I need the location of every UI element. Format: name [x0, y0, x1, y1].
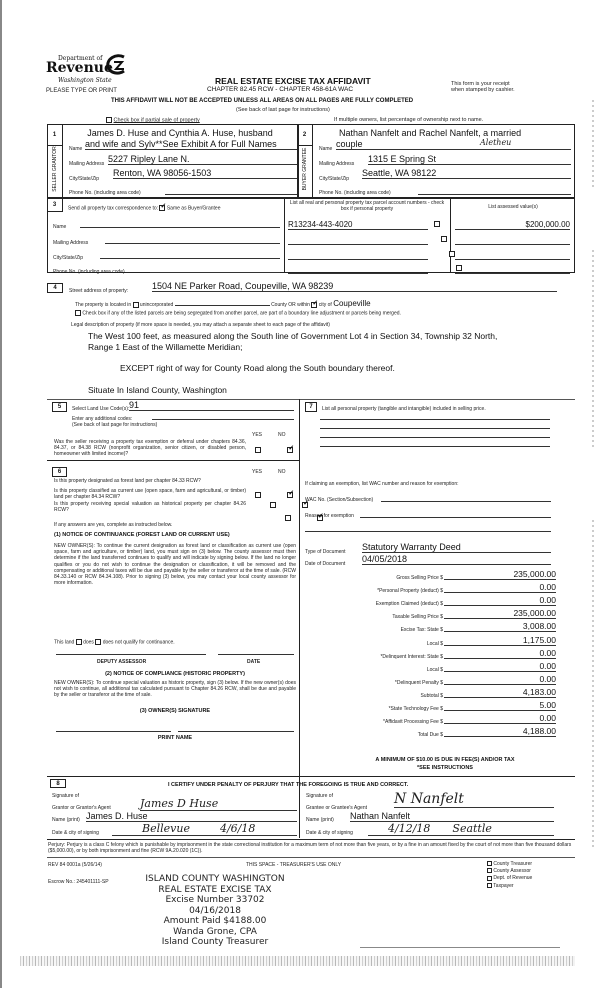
exemption-question: Was the seller receiving a property tax …	[54, 439, 246, 458]
section6-no-checkbox[interactable]	[287, 492, 293, 498]
section6-question: Is this property designated as forest la…	[54, 478, 246, 484]
calc-label: *State Technology Fee $	[300, 706, 443, 712]
divider	[47, 776, 575, 777]
perjury-notice: Perjury: Perjury is a class C felony whi…	[48, 842, 578, 854]
treasurer-use-label: THIS SPACE - TREASURER'S USE ONLY	[246, 862, 341, 868]
personal-property-checkbox[interactable]	[434, 221, 440, 227]
section6-question: Is this property receiving special valua…	[54, 501, 246, 513]
partial-sale-check[interactable]	[106, 117, 112, 123]
calc-value-field[interactable]: 235,000.00	[444, 569, 556, 580]
section6-yes-checkbox[interactable]	[255, 492, 261, 498]
buyer-mailing-field[interactable]: 1315 E Spring St	[368, 154, 571, 165]
treasurer-stamp: ISLAND COUNTY WASHINGTONREAL ESTATE EXCI…	[145, 874, 285, 948]
personal-property-checkbox[interactable]	[449, 251, 455, 257]
assessed-value-field[interactable]	[455, 235, 570, 245]
property-street-field[interactable]: 1504 NE Parker Road, Coupeville, WA 9823…	[152, 281, 557, 292]
form-title: REAL ESTATE EXCISE TAX AFFIDAVIT	[215, 76, 371, 86]
seller-phone-field[interactable]	[165, 189, 297, 195]
calc-label: Subtotal $	[300, 693, 443, 699]
see-instructions-note: *SEE INSTRUCTIONS	[330, 765, 560, 771]
divider	[47, 460, 299, 461]
section-number: 1	[47, 124, 63, 146]
copy-checkbox[interactable]	[487, 868, 492, 873]
personal-property-line[interactable]	[320, 414, 550, 420]
partial-sale-checkbox[interactable]: Check box if partial sale of property	[106, 117, 200, 123]
stamp-line: Wanda Grone, CPA	[145, 927, 285, 938]
stamp-line: ISLAND COUNTY WASHINGTON	[145, 874, 285, 885]
scan-artifact	[360, 947, 560, 948]
grantee-date-city-field[interactable]: 4/12/18Seattle	[368, 822, 554, 836]
correspondence-name-field[interactable]	[80, 222, 280, 228]
grantee-signature[interactable]: N Nanfelt	[394, 791, 554, 808]
copy-recipient: Dept. of Revenue	[487, 875, 532, 882]
multiple-owners-note: If multiple owners, list percentage of o…	[334, 117, 483, 123]
assessed-value-field[interactable]: $200,000.00	[455, 220, 570, 230]
buyer-side-label: BUYER GRANTEE	[297, 146, 313, 198]
seller-name-line1[interactable]: James D. Huse and Cynthia A. Huse, husba…	[80, 128, 280, 138]
personal-property-checkbox[interactable]	[441, 236, 447, 242]
section6-yes-checkbox[interactable]	[270, 502, 276, 508]
certify-statement: I CERTIFY UNDER PENALTY OF PERJURY THAT …	[168, 782, 408, 788]
buyer-name-line1[interactable]: Nathan Nanfelt and Rachel Nanfelt, a mar…	[339, 128, 521, 138]
warning-text: THIS AFFIDAVIT WILL NOT BE ACCEPTED UNLE…	[111, 98, 413, 104]
grantee-name-field[interactable]: Nathan Nanfelt	[350, 811, 554, 822]
dor-logo: Department of Revenue Washington State	[46, 55, 128, 85]
seller-side-label: SELLER GRANTOR	[47, 146, 63, 198]
calc-label: Gross Selling Price $	[300, 575, 443, 581]
document-date-field[interactable]: 04/05/2018	[362, 554, 551, 565]
stamp-line: Amount Paid $4188.00	[145, 916, 285, 927]
notice2-title: (2) NOTICE OF COMPLIANCE (HISTORIC PROPE…	[54, 671, 296, 677]
grantor-date-city-field[interactable]: Bellevue4/6/18	[112, 822, 297, 836]
calc-value-field[interactable]: 0.00	[444, 582, 556, 593]
divider	[47, 857, 575, 858]
seller-mailing-field[interactable]: 5227 Ripley Lane N.	[108, 154, 297, 165]
parcel-account-field[interactable]	[288, 235, 428, 245]
does-qualify-checkbox[interactable]	[76, 639, 82, 645]
section-number: 8	[50, 779, 66, 788]
parcel-account-field[interactable]	[288, 264, 428, 274]
calc-value-field[interactable]: 235,000.00	[444, 608, 556, 619]
grantor-name-field[interactable]: James D. Huse	[86, 811, 297, 822]
parcel-account-field[interactable]	[288, 250, 428, 260]
segregated-checkbox[interactable]	[75, 310, 81, 316]
correspondence-mailing-field[interactable]	[105, 238, 280, 244]
document-type-field[interactable]: Statutory Warranty Deed	[362, 542, 551, 553]
calc-label: *Affidavit Processing Fee $	[300, 719, 443, 725]
calc-label: *Delinquent Penalty $	[300, 680, 443, 686]
divider	[284, 198, 285, 273]
situate-text: Situate In Island County, Washington	[88, 385, 227, 395]
scan-artifact	[592, 250, 594, 450]
section-number: 4	[47, 283, 63, 293]
legal-description: EXCEPT right of way for County Road alon…	[120, 363, 395, 373]
calc-value-field[interactable]: 3,008.00	[444, 621, 556, 632]
stamp-line: REAL ESTATE EXCISE TAX	[145, 885, 285, 896]
calc-value-field[interactable]: 4,183.00	[444, 687, 556, 698]
receipt-note: when stamped by cashier.	[451, 87, 515, 93]
seller-city-field[interactable]: Renton, WA 98056-1503	[113, 168, 297, 179]
calc-label: Total Due $	[300, 732, 443, 738]
calc-label: Local $	[300, 641, 443, 647]
calc-label: Local $	[300, 667, 443, 673]
buyer-city-field[interactable]: Seattle, WA 98122	[362, 168, 571, 179]
parcels-header: List all real and personal property tax …	[288, 200, 446, 212]
calc-value-field[interactable]: 0.00	[444, 674, 556, 685]
calc-label: *Delinquent Interest: State $	[300, 654, 443, 660]
exemption-yes-checkbox[interactable]	[255, 447, 261, 453]
scan-noise	[20, 956, 575, 966]
buyer-name-line2[interactable]: couple	[336, 139, 571, 150]
section-number: 3	[47, 198, 63, 212]
divider	[300, 399, 575, 400]
form-subtitle: CHAPTER 82.45 RCW - CHAPTER 458-61A WAC	[207, 86, 353, 93]
unincorporated-checkbox[interactable]	[133, 302, 139, 308]
assessed-value-field[interactable]	[455, 264, 570, 274]
notice1-title: (1) NOTICE OF CONTINUANCE (FOREST LAND O…	[54, 532, 230, 538]
section6-question: Is this property classified as current u…	[54, 488, 246, 500]
calc-value-field[interactable]: 1,175.00	[444, 635, 556, 646]
personal-property-line[interactable]	[320, 423, 550, 429]
owner-signature-field-2[interactable]	[178, 728, 294, 732]
personal-property-line[interactable]	[320, 432, 550, 438]
divider	[47, 839, 575, 840]
divider	[299, 776, 300, 838]
copy-recipient: County Assessor	[487, 868, 532, 875]
handwritten-note: Aletheu	[480, 138, 511, 147]
scan-artifact	[592, 520, 594, 850]
minimum-note: A MINIMUM OF $10.00 IS DUE IN FEE(S) AND…	[330, 757, 560, 763]
copy-distribution-list: County Treasurer County Assessor Dept. o…	[487, 861, 532, 890]
calc-label: Taxable Selling Price $	[300, 614, 443, 620]
instructions-note: (See back of last page for instructions)	[236, 107, 330, 113]
please-type-label: PLEASE TYPE OR PRINT	[46, 88, 117, 94]
city-checkbox[interactable]	[311, 302, 317, 308]
calc-value-field[interactable]: 0.00	[444, 661, 556, 672]
calc-value-field[interactable]: 5.00	[444, 700, 556, 711]
calc-label: Excise Tax: State $	[300, 627, 443, 633]
legal-description: Range 1 East of the Willamette Meridian;	[88, 342, 243, 352]
copy-checkbox[interactable]	[487, 861, 492, 866]
scan-artifact	[592, 100, 594, 190]
section-number: 5	[52, 402, 67, 412]
assessed-value-field[interactable]	[455, 250, 570, 260]
section-number: 2	[297, 124, 313, 146]
stamp-line: 04/16/2018	[145, 906, 285, 917]
land-use-code-field[interactable]: 91	[129, 400, 294, 411]
divider	[299, 399, 300, 789]
wac-number-field[interactable]	[381, 496, 551, 502]
qualify-row: This land does does not qualify for cont…	[54, 639, 175, 645]
exemption-no-checkbox[interactable]	[287, 447, 293, 453]
exemption-reason-field[interactable]	[360, 512, 551, 518]
legal-description: The West 100 feet, as measured along the…	[88, 331, 497, 341]
calc-value-field[interactable]: 0.00	[444, 713, 556, 724]
deputy-assessor-signature[interactable]	[56, 651, 206, 655]
segregated-checkbox-row[interactable]: Check box if any of the listed parcels a…	[75, 310, 401, 316]
calc-value-field[interactable]: 4,188.00	[444, 726, 556, 737]
does-not-qualify-checkbox[interactable]	[95, 639, 101, 645]
assessed-value-header: List assessed value(s)	[452, 204, 574, 210]
calc-value-field[interactable]: 0.00	[444, 595, 556, 606]
divider	[450, 198, 451, 273]
calc-label: Exemption Claimed (deduct) $	[300, 601, 443, 607]
exemption-reason-field-2[interactable]	[305, 528, 551, 532]
correspondence-label: Send all property tax correspondence to:…	[68, 205, 220, 211]
copy-checkbox[interactable]	[487, 876, 492, 881]
escrow-number: Escrow No.: 245401111-SP	[48, 879, 109, 885]
scan-edge	[0, 0, 2, 988]
notice2-text: NEW OWNER(S): To continue special valuat…	[54, 680, 296, 699]
section-number: 7	[305, 402, 317, 412]
section6-yes-checkbox[interactable]	[285, 515, 291, 521]
property-city-field[interactable]: Coupeville	[333, 299, 370, 308]
stamp-line: Island County Treasurer	[145, 937, 285, 948]
copy-recipient: Taxpayer	[487, 883, 532, 890]
correspondence-city-field[interactable]	[100, 253, 280, 259]
copy-checkbox[interactable]	[487, 883, 492, 888]
copy-recipient: County Treasurer	[487, 861, 532, 868]
calc-value-field[interactable]: 0.00	[444, 648, 556, 659]
section-number: 6	[52, 467, 67, 477]
dor-logo-icon	[104, 53, 128, 77]
buyer-phone-field[interactable]	[418, 189, 571, 195]
form-revision: REV 84 0001a (5/26/14)	[48, 862, 102, 868]
property-location: The property is located in unincorporate…	[75, 299, 371, 308]
calc-label: *Personal Property (deduct) $	[300, 588, 443, 594]
owner-signature-field[interactable]	[56, 728, 171, 732]
parcel-account-field[interactable]: R13234-443-4020	[288, 220, 428, 230]
correspondence-phone-field[interactable]	[150, 267, 280, 273]
stamp-line: Excise Number 33702	[145, 895, 285, 906]
grantor-signature[interactable]: James D Huse	[140, 797, 297, 811]
personal-property-line[interactable]	[320, 441, 550, 447]
seller-name-line2[interactable]: and wife and Sylv**See Exhibit A for Ful…	[85, 139, 297, 150]
same-as-buyer-checkbox[interactable]	[159, 205, 165, 211]
additional-codes-field[interactable]	[152, 414, 294, 420]
assessor-date-field[interactable]	[218, 651, 294, 655]
notice1-text: NEW OWNER(S): To continue the current de…	[54, 543, 296, 586]
